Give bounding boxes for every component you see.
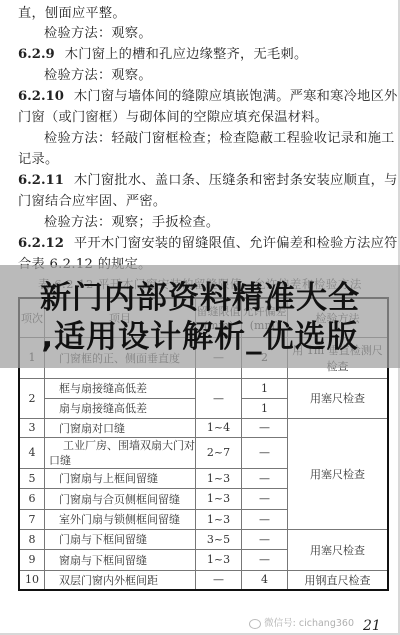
- cell-item: 扇与扇接缝高低差: [45, 398, 196, 418]
- cell-no: 4: [19, 437, 45, 468]
- clause-6-2-9: 6.2.9木门窗上的槽和孔应边缘整齐，无毛刺。: [18, 45, 388, 65]
- cell-method: 用钢直尺检查: [288, 570, 389, 590]
- inspection-method-line: 检验方法：轻敲门窗框检查；检查隐蔽工程验收记录和施工: [18, 129, 400, 149]
- cell-item: 门窗扇与上框间留缝: [45, 468, 196, 488]
- paragraph: 门窗结合应牢固、严密。: [18, 192, 388, 212]
- cell-method: 用塞尺检查: [288, 418, 389, 529]
- table-row: 10 双层门窗内外框间距 — 4 用钢直尺检查: [19, 570, 388, 590]
- overlay-title-line-1: 新门内部资料精准大全: [0, 279, 400, 317]
- cell-gap: —: [196, 378, 242, 418]
- cell-no: 9: [19, 549, 45, 570]
- cell-item: 窗扇与下框间留缝: [45, 549, 196, 570]
- cell-gap: 1~3: [196, 488, 242, 509]
- cell-item: 门窗扇对口缝: [45, 418, 196, 437]
- paragraph: 门窗（或门窗框）与砌体间的空隙应填充保温材料。: [18, 108, 388, 128]
- wechat-icon: [249, 619, 261, 629]
- cell-tolerance: —: [242, 468, 288, 488]
- cell-tolerance: 4: [242, 570, 288, 590]
- cell-no: 3: [19, 418, 45, 437]
- cell-gap: 2~7: [196, 437, 242, 468]
- cell-item: 工业厂房、围墙双扇大门对口缝: [45, 437, 196, 468]
- cell-method: 用塞尺检查: [288, 529, 389, 570]
- inspection-method-line: 检验方法：观察；手扳检查。: [18, 213, 400, 233]
- clause-6-2-11: 6.2.11木门窗批水、盖口条、压缝条和密封条安装应顺直，与: [18, 171, 388, 191]
- cell-item: 室外门扇与锁侧框间留缝: [45, 509, 196, 529]
- cell-no: 5: [19, 468, 45, 488]
- cell-tolerance: 1: [242, 398, 288, 418]
- cell-gap: —: [196, 570, 242, 590]
- cell-gap: 1~3: [196, 509, 242, 529]
- cell-tolerance: —: [242, 418, 288, 437]
- table-row: 3 门窗扇对口缝 1~4 — 用塞尺检查: [19, 418, 388, 437]
- cell-gap: 1~4: [196, 418, 242, 437]
- cell-method: 用塞尺检查: [288, 378, 389, 418]
- clause-6-2-10: 6.2.10木门窗与墙体间的缝隙应填嵌饱满。严寒和寒冷地区外: [18, 87, 388, 107]
- page-number: 21: [363, 618, 381, 634]
- cell-gap: 1~3: [196, 468, 242, 488]
- cell-tolerance: —: [242, 529, 288, 549]
- table-row: 2 框与扇接缝高低差 — 1 用塞尺检查: [19, 378, 388, 398]
- cell-no: 7: [19, 509, 45, 529]
- cell-item: 框与扇接缝高低差: [45, 378, 196, 398]
- section-number: 6.2.11: [18, 173, 64, 188]
- inspection-method-line: 检验方法：观察。: [18, 24, 400, 44]
- section-number: 6.2.9: [18, 47, 55, 62]
- cell-no: 6: [19, 488, 45, 509]
- cell-gap: 3~5: [196, 529, 242, 549]
- cell-item: 门扇与下框间留缝: [45, 529, 196, 549]
- paragraph: 记录。: [18, 150, 388, 170]
- cell-gap: 1~3: [196, 549, 242, 570]
- cell-item: 双层门窗内外框间距: [45, 570, 196, 590]
- section-number: 6.2.10: [18, 89, 64, 104]
- cell-no: 10: [19, 570, 45, 590]
- cell-no: 2: [19, 378, 45, 418]
- cell-tolerance: —: [242, 488, 288, 509]
- section-number: 6.2.12: [18, 236, 64, 251]
- cell-tolerance: —: [242, 509, 288, 529]
- cell-tolerance: —: [242, 437, 288, 468]
- clause-6-2-12: 6.2.12平开木门窗安装的留缝限值、允许偏差和检验方法应符: [18, 234, 388, 254]
- cell-tolerance: 1: [242, 378, 288, 398]
- cell-item: 门窗扇与合页侧框间留缝: [45, 488, 196, 509]
- document-page: 直，刨面应平整。 检验方法：观察。 6.2.9木门窗上的槽和孔应边缘整齐，无毛刺…: [0, 0, 400, 635]
- cell-no: 8: [19, 529, 45, 549]
- paragraph: 直，刨面应平整。: [18, 4, 388, 24]
- overlay-title-line-2: ,适用设计解析_优选版: [0, 318, 400, 356]
- table-row: 8 门扇与下框间留缝 3~5 — 用塞尺检查: [19, 529, 388, 549]
- watermark: 微信号: cichang360: [249, 615, 354, 629]
- cell-tolerance: —: [242, 549, 288, 570]
- inspection-method-line: 检验方法：观察。: [18, 66, 400, 86]
